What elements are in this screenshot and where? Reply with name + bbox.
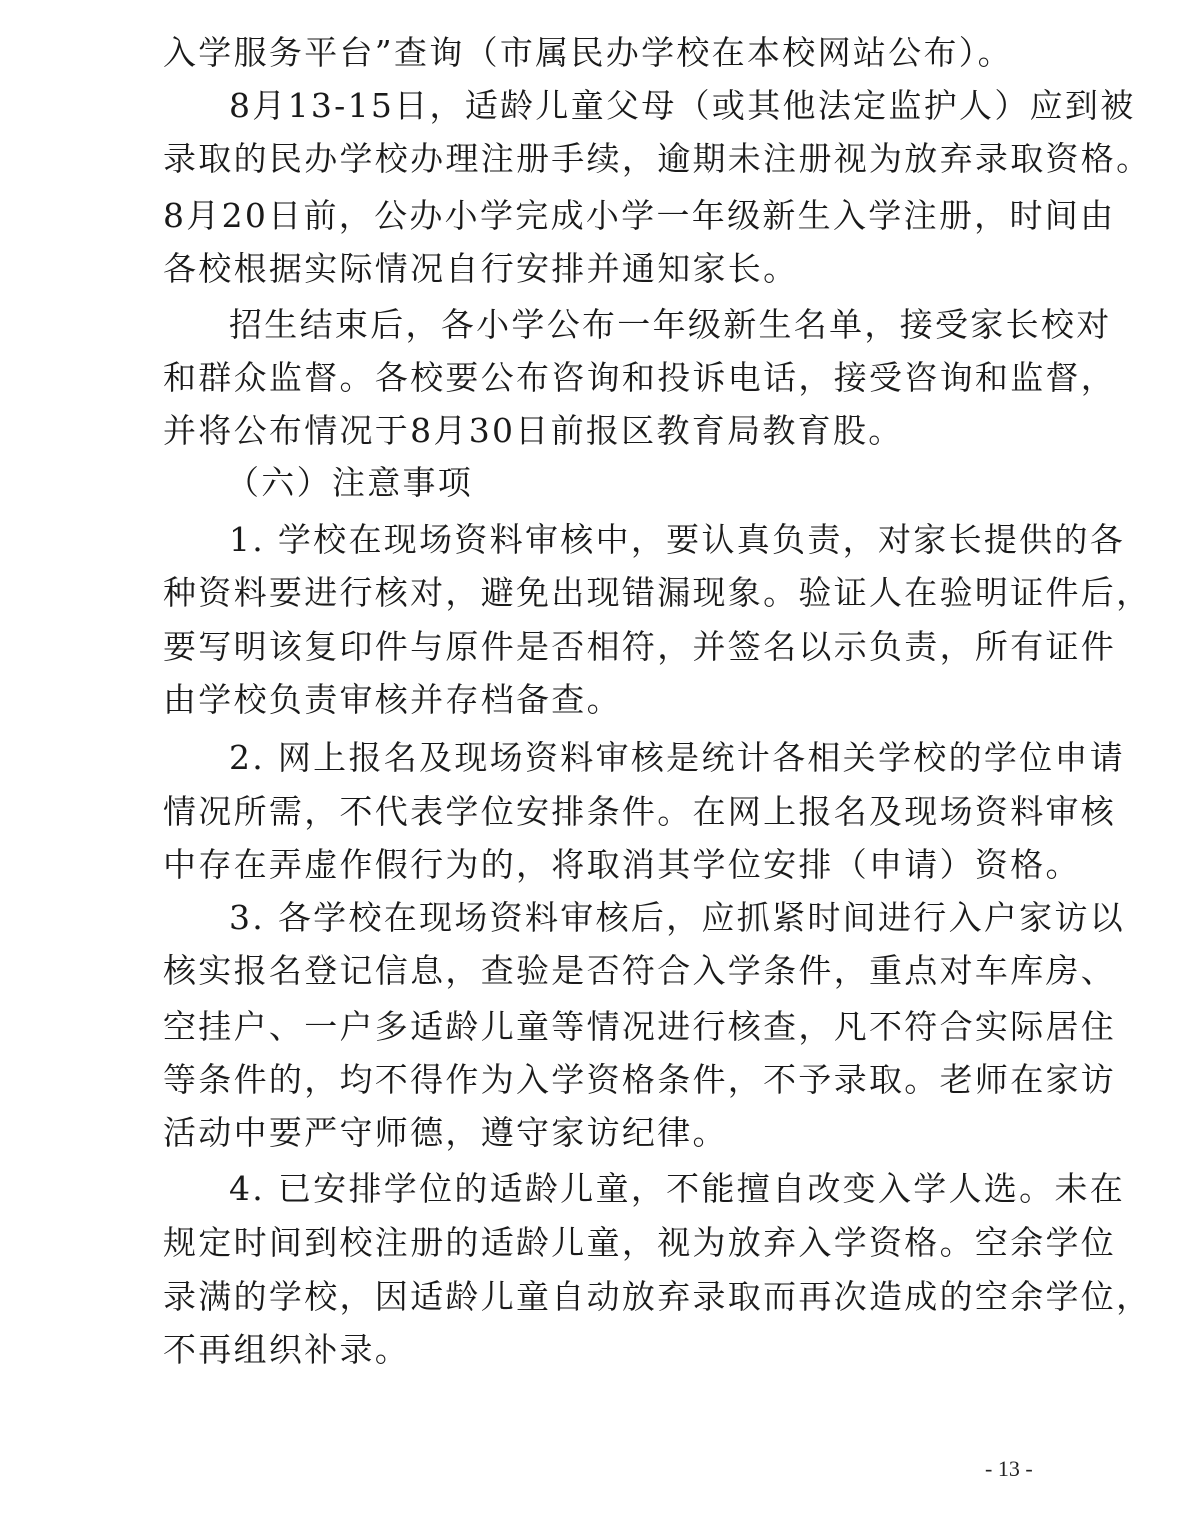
text-line: 种资料要进行核对，避免出现错漏现象。验证人在验明证件后， (163, 568, 1063, 618)
text-line: 和群众监督。各校要公布咨询和投诉电话，接受咨询和监督， (163, 353, 1063, 403)
document-page: 入学服务平台”查询（市属民办学校在本校网站公布）。 8月13-15日，适龄儿童父… (0, 0, 1200, 1520)
text-line: 中存在弄虚作假行为的，将取消其学位安排（申请）资格。 (163, 840, 1063, 890)
text-line: 由学校负责审核并存档备查。 (163, 675, 1063, 725)
section-heading: （六）注意事项 (226, 458, 1126, 508)
text-line: 情况所需，不代表学位安排条件。在网上报名及现场资料审核 (163, 787, 1063, 837)
text-line: 录满的学校，因适龄儿童自动放弃录取而再次造成的空余学位， (163, 1272, 1063, 1322)
text-line: 活动中要严守师德，遵守家访纪律。 (163, 1108, 1063, 1158)
text-line: 2. 网上报名及现场资料审核是统计各相关学校的学位申请 (229, 733, 1129, 783)
text-line: 要写明该复印件与原件是否相符，并签名以示负责，所有证件 (163, 622, 1063, 672)
text-line: 8月20日前，公办小学完成小学一年级新生入学注册，时间由 (163, 191, 1063, 241)
text-line: 核实报名登记信息，查验是否符合入学条件，重点对车库房、 (163, 946, 1063, 996)
text-line: 不再组织补录。 (163, 1325, 1063, 1375)
text-line: 1. 学校在现场资料审核中，要认真负责，对家长提供的各 (229, 515, 1129, 565)
text-line: 入学服务平台”查询（市属民办学校在本校网站公布）。 (163, 28, 1063, 78)
text-line: 录取的民办学校办理注册手续，逾期未注册视为放弃录取资格。 (163, 134, 1063, 184)
text-line: 8月13-15日，适龄儿童父母（或其他法定监护人）应到被 (229, 81, 1129, 131)
text-line: 规定时间到校注册的适龄儿童，视为放弃入学资格。空余学位 (163, 1218, 1063, 1268)
text-line: 4. 已安排学位的适龄儿童，不能擅自改变入学人选。未在 (229, 1164, 1129, 1214)
text-line: 各校根据实际情况自行安排并通知家长。 (163, 244, 1063, 294)
text-line: 等条件的，均不得作为入学资格条件，不予录取。老师在家访 (163, 1055, 1063, 1105)
text-line: 并将公布情况于8月30日前报区教育局教育股。 (163, 406, 1063, 456)
text-line: 3. 各学校在现场资料审核后，应抓紧时间进行入户家访以 (229, 893, 1129, 943)
page-number: - 13 - (985, 1454, 1033, 1484)
text-line: 空挂户、一户多适龄儿童等情况进行核查，凡不符合实际居住 (163, 1002, 1063, 1052)
text-line: 招生结束后，各小学公布一年级新生名单，接受家长校对 (229, 300, 1129, 350)
